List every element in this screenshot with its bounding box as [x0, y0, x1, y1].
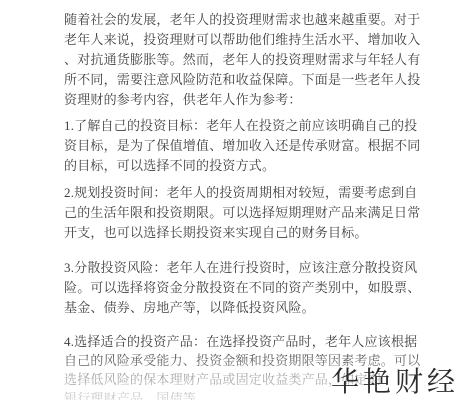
watermark-huayan-caijing: 华艳财经 [331, 366, 459, 398]
text-line: 3.分散投资风险：老年人在进行投资时，应该注意分散投资风 [64, 258, 456, 278]
text-line: 的目标，可以选择不同的投资方式。 [64, 156, 456, 176]
text-line: 2.规划投资时间：老年人的投资周期相对较短，需要考虑到自 [64, 183, 456, 203]
text-line: 险。可以选择将资金分散投资在不同的资产类别中，如股票、 [64, 278, 456, 298]
text-line: 4.选择适合的投资产品：在选择投资产品时，老年人应该根据 [64, 332, 456, 351]
text-line: 资理财的参考内容，供老年人作为参考： [64, 90, 456, 110]
article: 随着社会的发展，老年人的投资理财需求也越来越重要。对于老年人来说，投资理财可以帮… [0, 0, 463, 400]
text-line: 1.了解自己的投资目标：老年人在投资之前应该明确自己的投 [64, 116, 456, 136]
text-line: 资目标，是为了保值增值、增加收入还是传承财富。根据不同 [64, 136, 456, 156]
paragraph: 随着社会的发展，老年人的投资理财需求也越来越重要。对于老年人来说，投资理财可以帮… [64, 10, 456, 110]
text-line: 老年人来说，投资理财可以帮助他们维持生活水平、增加收入 [64, 30, 456, 50]
text-line: 、对抗通货膨胀等。然而，老年人的投资理财需求与年轻人有 [64, 50, 456, 70]
text-line: 开支，也可以选择长期投资来实现自己的财务目标。 [64, 223, 456, 243]
text-line: 随着社会的发展，老年人的投资理财需求也越来越重要。对于 [64, 10, 456, 30]
paragraph: 1.了解自己的投资目标：老年人在投资之前应该明确自己的投资目标，是为了保值增值、… [64, 116, 456, 176]
text-line: 所不同，需要注意风险防范和收益保障。下面是一些老年人投 [64, 70, 456, 90]
paragraph: 3.分散投资风险：老年人在进行投资时，应该注意分散投资风险。可以选择将资金分散投… [64, 258, 456, 318]
text-line: 己的生活年限和投资期限。可以选择短期理财产品来满足日常 [64, 203, 456, 223]
paragraph: 2.规划投资时间：老年人的投资周期相对较短，需要考虑到自己的生活年限和投资期限。… [64, 183, 456, 243]
text-line: 基金、债券、房地产等，以降低投资风险。 [64, 298, 456, 318]
